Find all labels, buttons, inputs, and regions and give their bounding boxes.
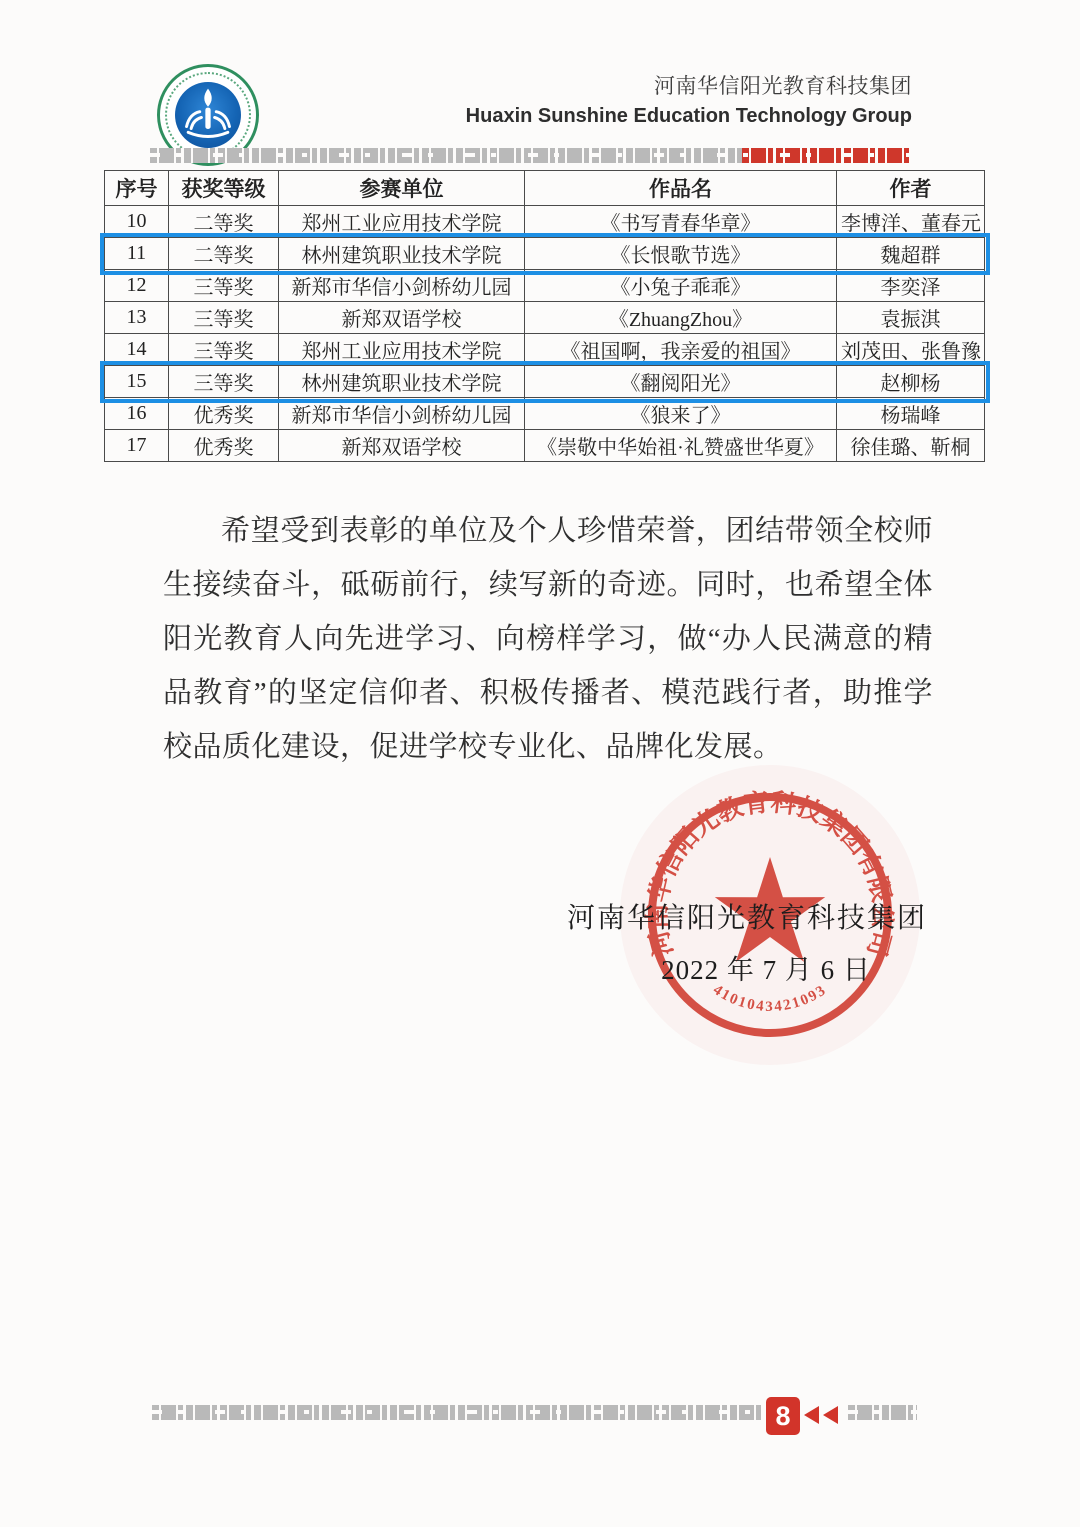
decorative-strip-footer-left <box>152 1405 762 1420</box>
table-cell: 10 <box>105 206 169 238</box>
table-cell: 新郑市华信小剑桥幼儿园 <box>279 270 525 302</box>
table-cell: 《小兔子乖乖》 <box>525 270 837 302</box>
table-cell: 12 <box>105 270 169 302</box>
table-cell: 郑州工业应用技术学院 <box>279 334 525 366</box>
table-cell: 刘茂田、张鲁豫 <box>837 334 985 366</box>
column-header-award-level: 获奖等级 <box>169 171 279 206</box>
table-cell: 李博洋、董春元 <box>837 206 985 238</box>
table-cell: 优秀奖 <box>169 398 279 430</box>
table-cell: 二等奖 <box>169 238 279 270</box>
body-paragraph: 希望受到表彰的单位及个人珍惜荣誉，团结带领全校师生接续奋斗，砥砺前行，续写新的奇… <box>163 504 933 774</box>
table-cell: 杨瑞峰 <box>837 398 985 430</box>
table-row: 13三等奖新郑双语学校《ZhuangZhou》袁振淇 <box>105 302 985 334</box>
document-page: 河南华信阳光教育科技集团 Huaxin Sunshine Education T… <box>0 0 1080 1527</box>
table-cell: 11 <box>105 238 169 270</box>
table-cell: 魏超群 <box>837 238 985 270</box>
table-cell: 二等奖 <box>169 206 279 238</box>
table-row: 17优秀奖新郑双语学校《崇敬中华始祖·礼赞盛世华夏》徐佳璐、靳桐 <box>105 430 985 462</box>
table-cell: 16 <box>105 398 169 430</box>
decorative-strip-top <box>150 148 912 163</box>
table-cell: 15 <box>105 366 169 398</box>
table-cell: 林州建筑职业技术学院 <box>279 238 525 270</box>
table-cell: 新郑双语学校 <box>279 302 525 334</box>
column-header-unit: 参赛单位 <box>279 171 525 206</box>
table-cell: 徐佳璐、靳桐 <box>837 430 985 462</box>
table-row: 10二等奖郑州工业应用技术学院《书写青春华章》李博洋、董春元 <box>105 206 985 238</box>
logo-torch-emblem <box>175 82 241 148</box>
table-cell: 优秀奖 <box>169 430 279 462</box>
header-company-block: 河南华信阳光教育科技集团 Huaxin Sunshine Education T… <box>466 72 912 130</box>
table-cell: 三等奖 <box>169 366 279 398</box>
table-row: 16优秀奖新郑市华信小剑桥幼儿园《狼来了》杨瑞峰 <box>105 398 985 430</box>
table-cell: 13 <box>105 302 169 334</box>
table-row: 11二等奖林州建筑职业技术学院《长恨歌节选》魏超群 <box>105 238 985 270</box>
table-cell: 《狼来了》 <box>525 398 837 430</box>
table-cell: 三等奖 <box>169 334 279 366</box>
table-header-row: 序号 获奖等级 参赛单位 作品名 作者 <box>105 171 985 206</box>
table-cell: 李奕泽 <box>837 270 985 302</box>
page-number-badge: 8 <box>766 1397 800 1435</box>
table-cell: 《长恨歌节选》 <box>525 238 837 270</box>
decorative-strip-footer-right <box>848 1405 917 1420</box>
company-name-en: Huaxin Sunshine Education Technology Gro… <box>466 102 912 130</box>
signature-company: 河南华信阳光教育科技集团 <box>566 896 928 936</box>
column-header-work-title: 作品名 <box>525 171 837 206</box>
table-row: 12三等奖新郑市华信小剑桥幼儿园《小兔子乖乖》李奕泽 <box>105 270 985 302</box>
table-cell: 《书写青春华章》 <box>525 206 837 238</box>
table-row: 15三等奖林州建筑职业技术学院《翻阅阳光》赵柳杨 <box>105 366 985 398</box>
signature-date: 2022 年 7 月 6 日 <box>648 948 884 987</box>
company-name-cn: 河南华信阳光教育科技集团 <box>466 72 912 102</box>
decorative-strip-red-segment <box>742 148 912 163</box>
table-cell: 《崇敬中华始祖·礼赞盛世华夏》 <box>525 430 837 462</box>
column-header-index: 序号 <box>105 171 169 206</box>
table-cell: 《翻阅阳光》 <box>525 366 837 398</box>
column-header-author: 作者 <box>837 171 985 206</box>
table-cell: 袁振淇 <box>837 302 985 334</box>
table-cell: 14 <box>105 334 169 366</box>
left-arrow-icon <box>823 1406 838 1424</box>
table-cell: 新郑市华信小剑桥幼儿园 <box>279 398 525 430</box>
left-arrow-icon <box>804 1406 819 1424</box>
table-cell: 《祖国啊，我亲爱的祖国》 <box>525 334 837 366</box>
torch-icon <box>175 82 241 148</box>
table-cell: 郑州工业应用技术学院 <box>279 206 525 238</box>
table-cell: 林州建筑职业技术学院 <box>279 366 525 398</box>
table-cell: 新郑双语学校 <box>279 430 525 462</box>
table-cell: 《ZhuangZhou》 <box>525 302 837 334</box>
award-table: 序号 获奖等级 参赛单位 作品名 作者 10二等奖郑州工业应用技术学院《书写青春… <box>104 170 985 462</box>
table-cell: 三等奖 <box>169 302 279 334</box>
table-cell: 17 <box>105 430 169 462</box>
table-cell: 赵柳杨 <box>837 366 985 398</box>
table-row: 14三等奖郑州工业应用技术学院《祖国啊，我亲爱的祖国》刘茂田、张鲁豫 <box>105 334 985 366</box>
table-cell: 三等奖 <box>169 270 279 302</box>
